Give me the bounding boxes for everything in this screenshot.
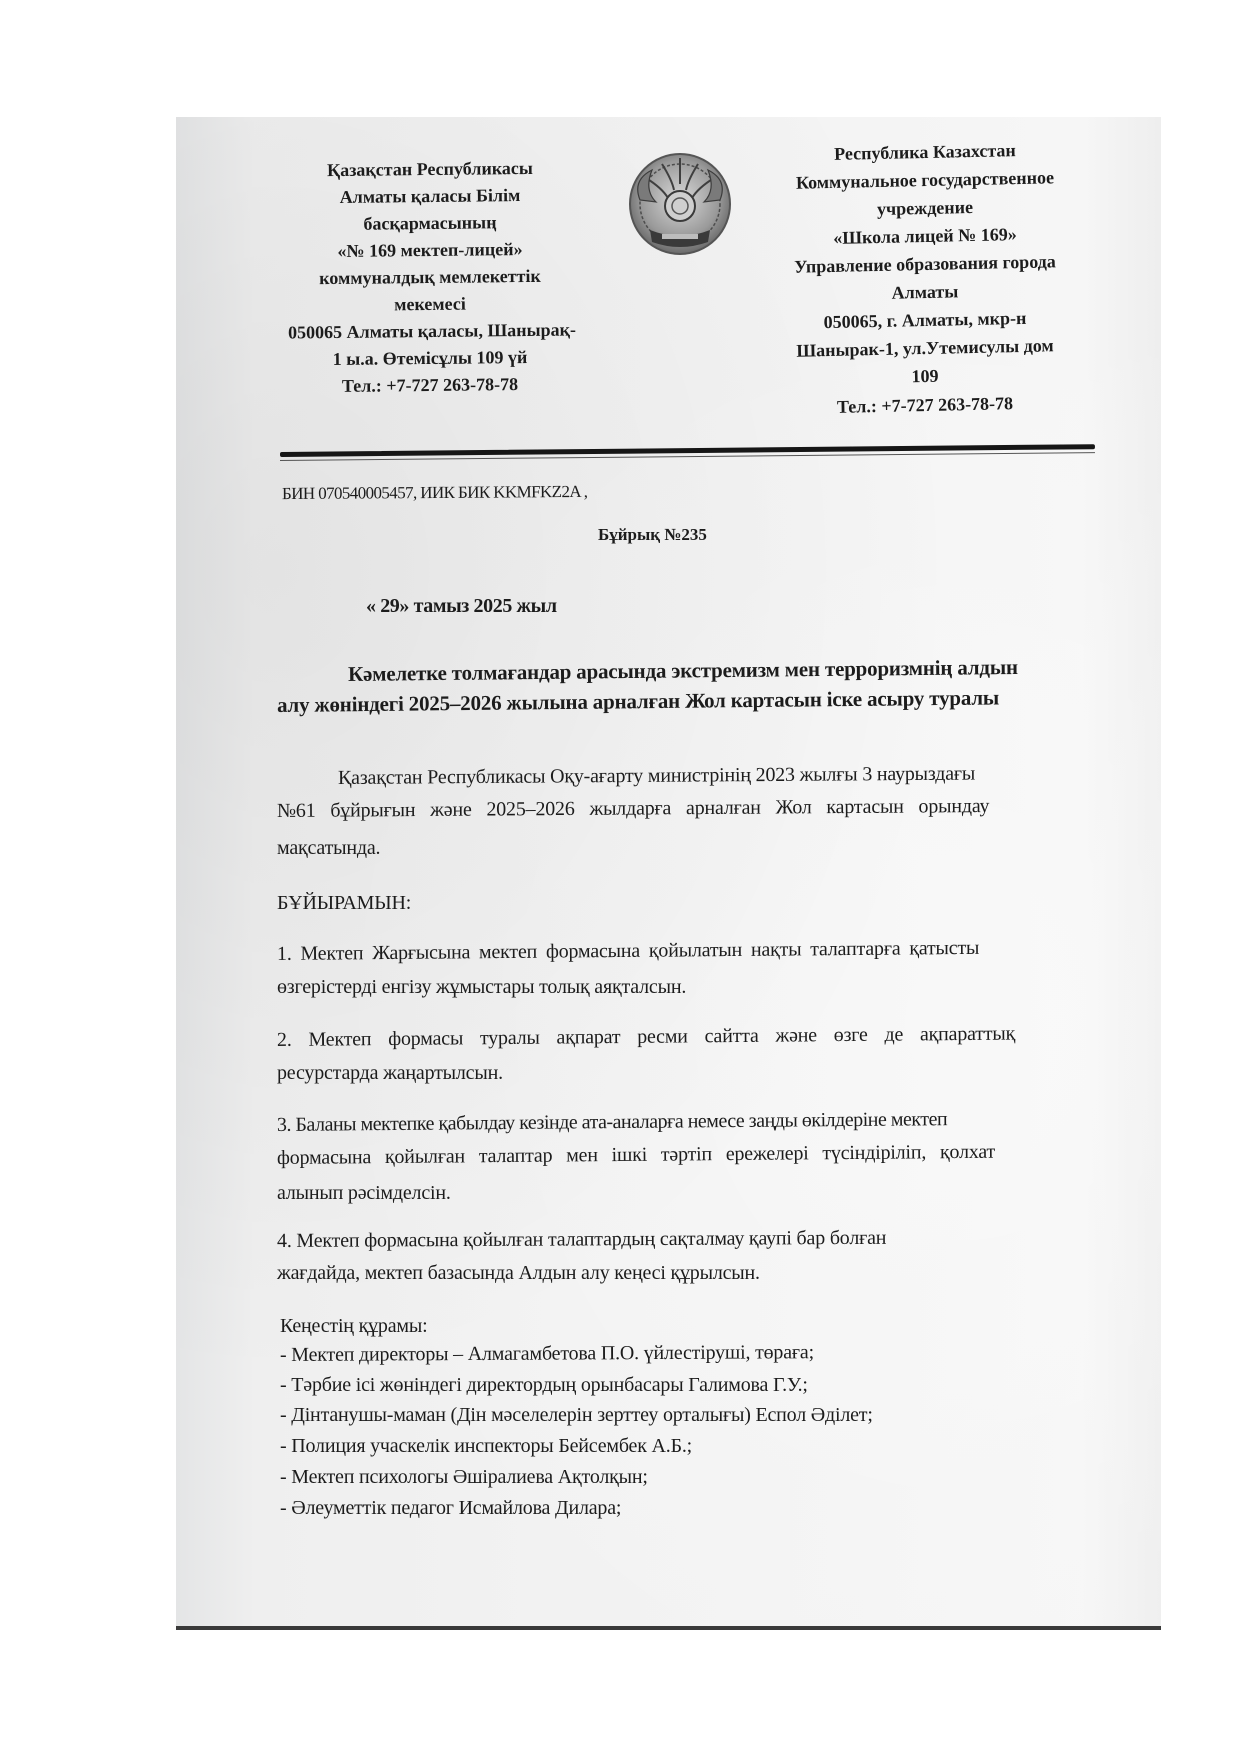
header-left-line: 050065 Алматы қаласы, Шанырақ-: [262, 320, 602, 342]
preamble-line1: Қазақстан Республикасы Оқу-ағарту минист…: [338, 764, 975, 788]
council-member: - Мектеп директоры – Алмагамбетова П.О. …: [280, 1342, 814, 1365]
order-item-line: өзгерістерді енгізу жұмыстары толық аяқт…: [277, 977, 686, 997]
header-left-line: басқармасының: [270, 212, 590, 233]
order-item-line: 4. Мектеп формасына қойылған талаптардың…: [277, 1228, 886, 1251]
council-member: - Дінтанушы-маман (Дін мәселелерін зертт…: [280, 1405, 873, 1425]
header-left-line: коммуналдық мемлекеттік: [270, 266, 590, 287]
order-word: БҰЙЫРАМЫН:: [277, 893, 411, 913]
order-date: « 29» тамыз 2025 жыл: [366, 596, 557, 616]
header-left-line: Алматы қаласы Білім: [270, 185, 590, 206]
council-heading: Кеңестің құрамы:: [280, 1316, 427, 1336]
header-left-line: «№ 169 мектеп-лицей»: [270, 239, 590, 260]
preamble-line2: №61 бұйрығын және 2025–2026 жылдарға арн…: [277, 796, 989, 821]
order-number: Бұйрық №235: [598, 526, 707, 543]
council-member: - Полиция учаскелік инспекторы Бейсембек…: [280, 1436, 692, 1456]
order-item-line: ресурстарда жаңартылсын.: [277, 1063, 503, 1083]
preamble-line3: мақсатында.: [277, 838, 380, 858]
header-left-line: мекемесі: [270, 293, 590, 314]
header-left-line: Қазақстан Республикасы: [270, 158, 590, 179]
header-left-phone: Тел.: +7-727 263-78-78: [270, 374, 590, 395]
council-member: - Мектеп психологы Әшіралиева Ақтолқын;: [280, 1467, 648, 1487]
council-member: - Тәрбие ісі жөніндегі директордың орынб…: [280, 1375, 808, 1395]
header-left-line: 1 ы.а. Өтемісұлы 109 үй: [270, 347, 590, 368]
order-item-line: жағдайда, мектеп базасында Алдын алу кең…: [277, 1263, 760, 1283]
kazakhstan-state-emblem-icon: [622, 150, 738, 260]
order-item-line: алынып рәсімделсін.: [277, 1183, 451, 1203]
council-member: - Әлеуметтік педагог Исмайлова Дилара;: [280, 1498, 621, 1518]
requisites: БИН 070540005457, ИИК БИК KKMFKZ2A ,: [282, 483, 587, 502]
